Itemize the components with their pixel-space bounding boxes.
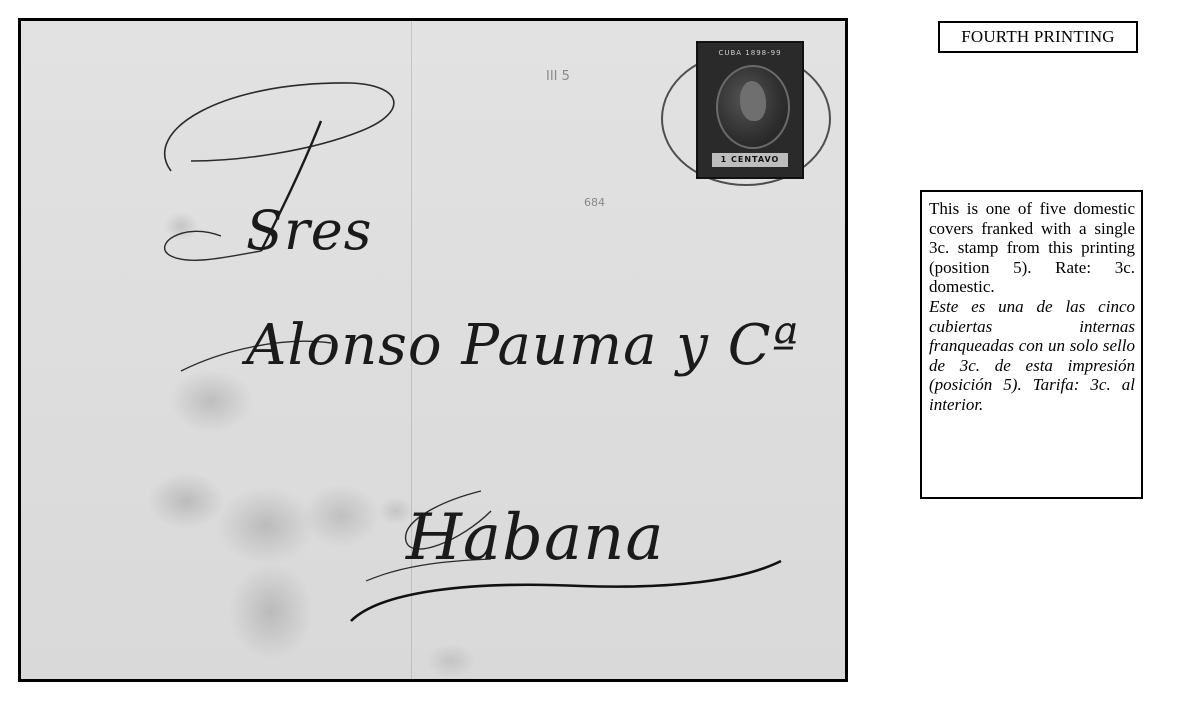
stamp-value-label: 1 CENTAVO xyxy=(712,153,788,167)
stamp-medallion xyxy=(716,65,790,149)
description-box: This is one of five domestic covers fran… xyxy=(920,190,1143,499)
stamp-top-label: CUBA 1898-99 xyxy=(704,47,796,59)
address-line-recipient: Alonso Pauma y Cª xyxy=(246,313,799,378)
stamp-portrait-icon xyxy=(740,81,766,121)
printing-title-box: FOURTH PRINTING xyxy=(938,21,1138,53)
address-line-salutation: Sres xyxy=(246,199,372,262)
pencil-annotation-roman: III 5 xyxy=(546,69,570,84)
description-english: This is one of five domestic covers fran… xyxy=(929,199,1135,297)
address-line-city: Habana xyxy=(406,501,664,575)
pencil-annotation-number: 684 xyxy=(584,196,605,209)
description-spanish: Este es una de las cinco cubiertas inter… xyxy=(929,297,1135,415)
postal-cover-image: Sres Alonso Pauma y Cª Habana III 5 684 … xyxy=(18,18,848,682)
postage-stamp: CUBA 1898-99 1 CENTAVO xyxy=(696,41,804,179)
